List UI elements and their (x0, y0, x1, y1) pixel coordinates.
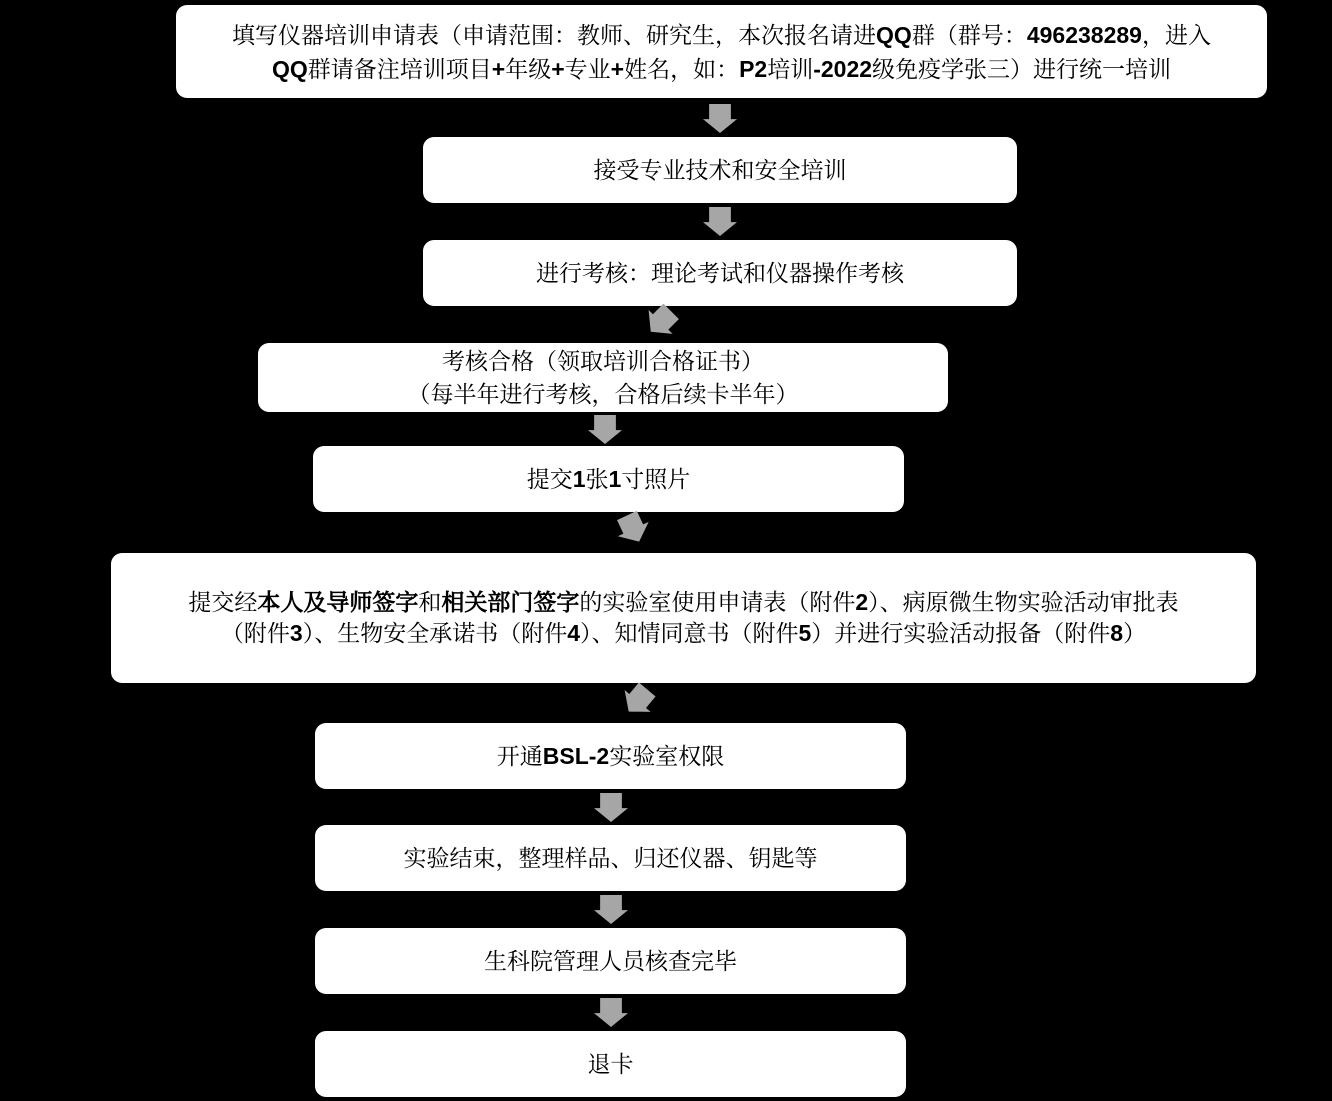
arrow-down-icon (594, 895, 628, 924)
step-admin-verification: 生科院管理人员核查完毕 (315, 928, 906, 994)
step-fill-training-application: 填写仪器培训申请表（申请范围：教师、研究生，本次报名请进QQ群（群号：49623… (176, 5, 1267, 98)
step-take-assessment: 进行考核：理论考试和仪器操作考核 (423, 240, 1017, 306)
step-submit-photo: 提交1张1寸照片 (313, 446, 904, 512)
step-experiment-finish-cleanup: 实验结束，整理样品、归还仪器、钥匙等 (315, 825, 906, 891)
arrow-down-right-icon (611, 508, 654, 549)
arrow-down-left-icon (616, 678, 661, 722)
arrow-down-icon (703, 207, 737, 236)
arrow-down-icon (594, 998, 628, 1027)
training-flowchart: 填写仪器培训申请表（申请范围：教师、研究生，本次报名请进QQ群（群号：49623… (0, 0, 1332, 1101)
arrow-down-icon (703, 104, 737, 133)
step-receive-training: 接受专业技术和安全培训 (423, 137, 1017, 203)
step-submit-signed-forms: 提交经本人及导师签字和相关部门签字的实验室使用申请表（附件2）、病原微生物实验活… (111, 553, 1256, 683)
step-open-bsl2-access: 开通BSL-2实验室权限 (315, 723, 906, 789)
step-pass-assessment: 考核合格（领取培训合格证书）（每半年进行考核，合格后续卡半年） (258, 343, 948, 412)
arrow-down-icon (588, 415, 622, 444)
step-return-card: 退卡 (315, 1031, 906, 1097)
arrow-down-icon (594, 793, 628, 822)
